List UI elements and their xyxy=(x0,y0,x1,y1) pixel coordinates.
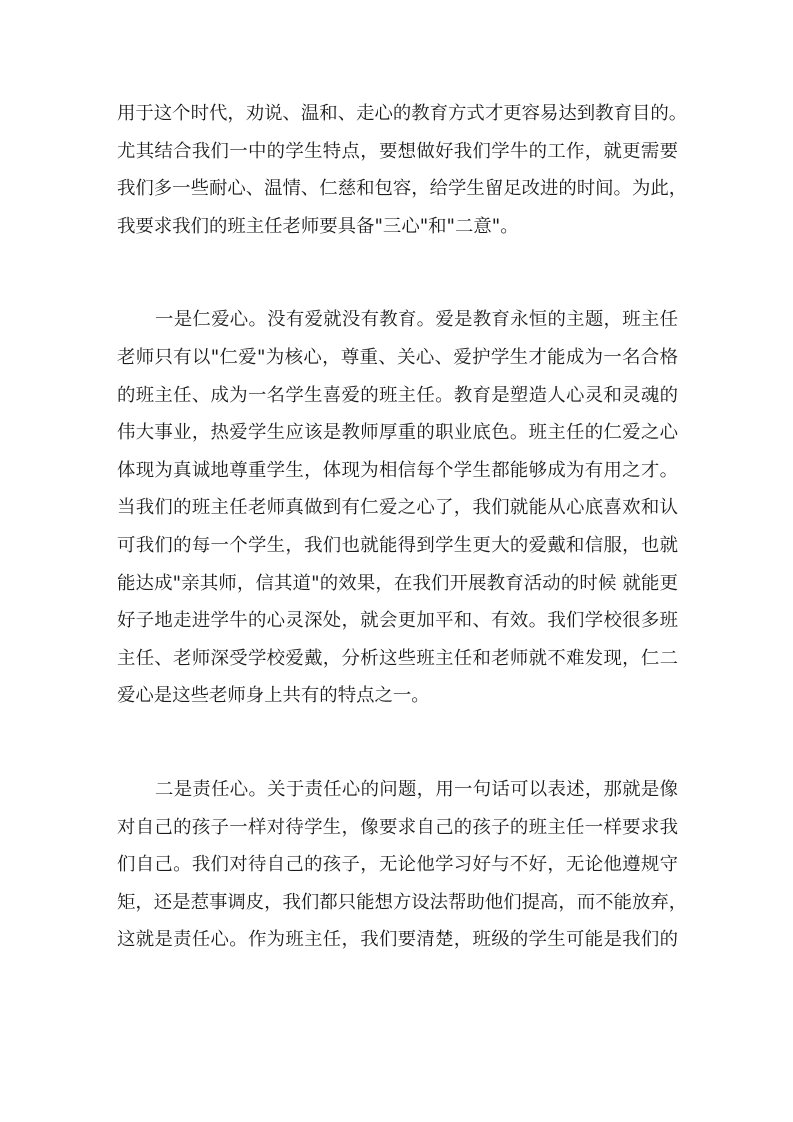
text-line: 我们多一些耐心、温情、仁慈和包容，给学生留足改进的时间。为此， xyxy=(117,170,678,208)
paragraph-responsibility: 二是责任心。关于责任心的问题，用一句话可以表述，那就是像 对自己的孩子一样对待学… xyxy=(117,771,678,959)
text-line: 好子地走进学牛的心灵深处，就会更加平和、有效。我们学校很多班 xyxy=(117,602,678,640)
text-line: 用于这个时代，劝说、温和、走心的教育方式才更容易达到教育目的。 xyxy=(117,95,678,133)
text-line: 主任、老师深受学校爱戴，分析这些班主任和老师就不难发现，仁二 xyxy=(117,640,678,678)
text-line: 二是责任心。关于责任心的问题，用一句话可以表述，那就是像 xyxy=(117,771,678,809)
text-line: 爱心是这些老师身上共有的特点之一。 xyxy=(117,677,678,715)
text-line: 矩，还是惹事调皮，我们都只能想方设法帮助他们提高，而不能放弃， xyxy=(117,884,678,922)
document-page: 用于这个时代，劝说、温和、走心的教育方式才更容易达到教育目的。 尤其结合我们一中… xyxy=(117,95,678,1015)
text-line: 能达成"亲其师，信其道"的效果，在我们开展教育活动的时候 就能更 xyxy=(117,565,678,603)
text-line: 这就是责任心。作为班主任，我们要清楚，班级的学生可能是我们的 xyxy=(117,921,678,959)
text-line: 尤其结合我们一中的学生特点，要想做好我们学牛的工作，就更需要 xyxy=(117,133,678,171)
text-line: 体现为真诚地尊重学生，体现为相信每个学生都能够成为有用之才。 xyxy=(117,452,678,490)
text-line: 一是仁爱心。没有爱就没有教育。爱是教育永恒的主题，班主任 xyxy=(117,301,678,339)
text-line: 的班主任、成为一名学生喜爱的班主任。教育是塑造人心灵和灵魂的 xyxy=(117,377,678,415)
text-line: 对自己的孩子一样对待学生，像要求自己的孩子的班主任一样要求我 xyxy=(117,809,678,847)
text-line: 老师只有以"仁爱"为核心，尊重、关心、爱护学生才能成为一名合格 xyxy=(117,339,678,377)
text-line: 们自己。我们对待自己的孩子，无论他学习好与不好，无论他遵规守 xyxy=(117,846,678,884)
paragraph-intro: 用于这个时代，劝说、温和、走心的教育方式才更容易达到教育目的。 尤其结合我们一中… xyxy=(117,95,678,245)
text-line: 当我们的班主任老师真做到有仁爱之心了，我们就能从心底喜欢和认 xyxy=(117,489,678,527)
text-line: 可我们的每一个学生，我们也就能得到学生更大的爱戴和信服，也就 xyxy=(117,527,678,565)
paragraph-benevolence: 一是仁爱心。没有爱就没有教育。爱是教育永恒的主题，班主任 老师只有以"仁爱"为核… xyxy=(117,301,678,715)
text-line: 伟大事业，热爱学生应该是教师厚重的职业底色。班主任的仁爱之心 xyxy=(117,414,678,452)
text-line: 我要求我们的班主任老师要具备"三心"和"二意"。 xyxy=(117,208,678,246)
